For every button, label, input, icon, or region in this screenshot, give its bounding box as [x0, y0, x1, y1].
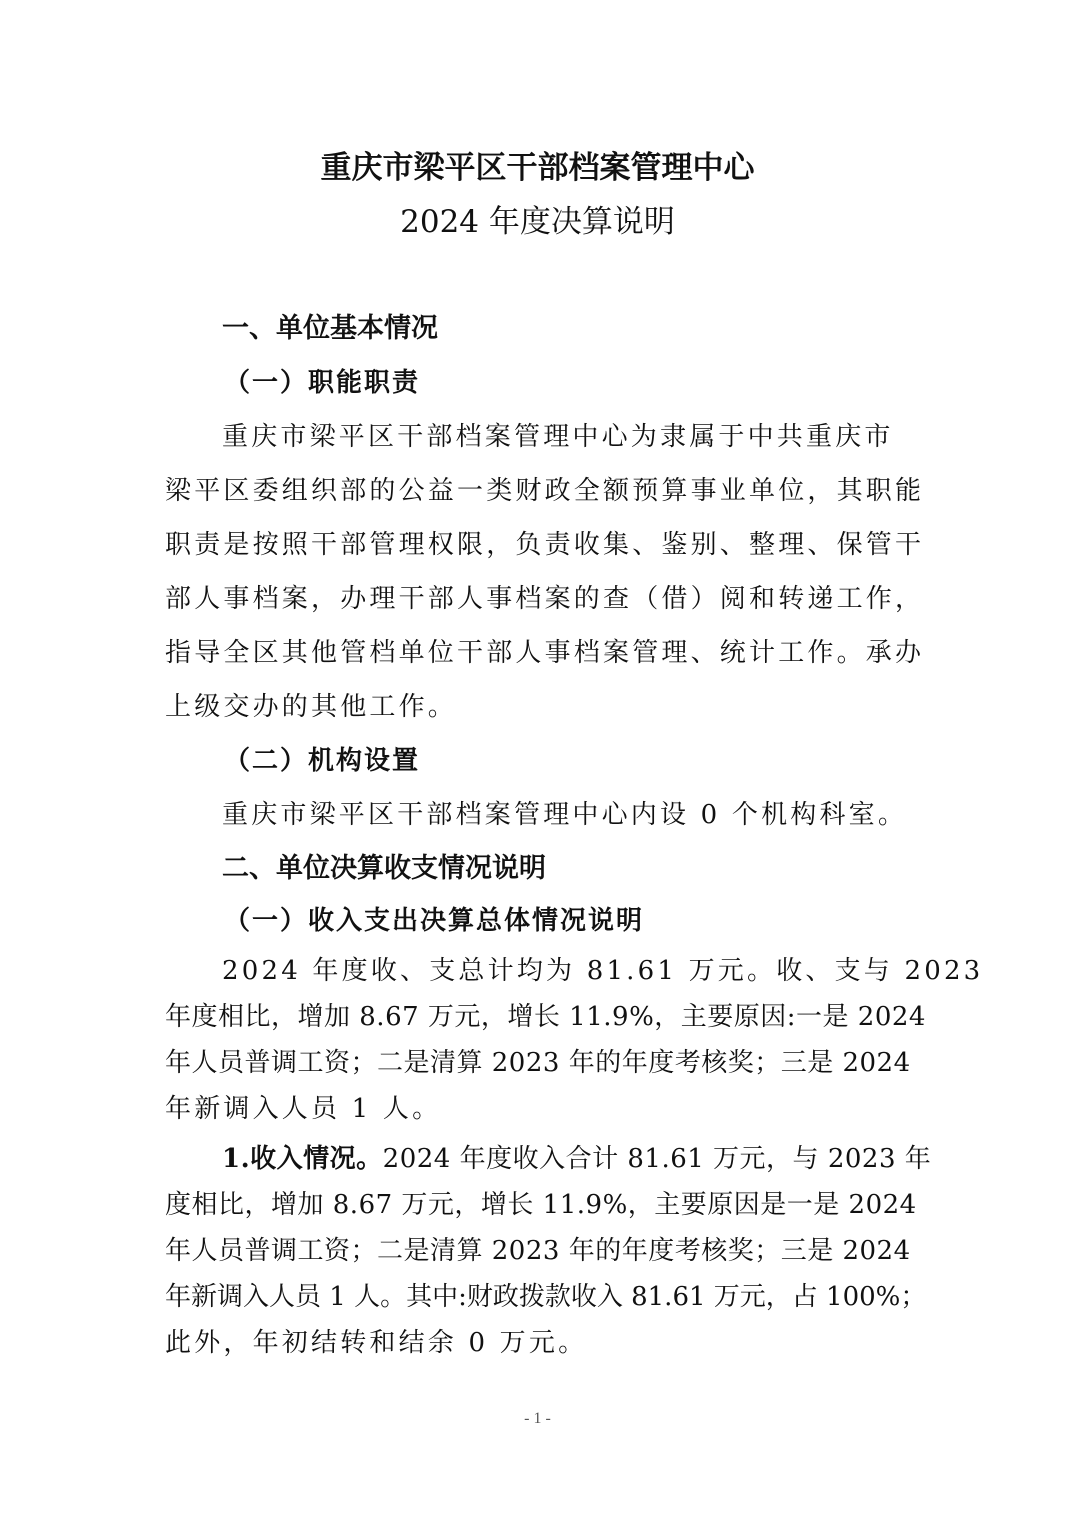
paragraph-line-income: 1.收入情况。2024 年度收入合计 81.61 万元，与 2023 年: [222, 1138, 912, 1175]
paragraph-line: 年新调入人员 1 人。其中:财政拨款收入 81.61 万元，占 100%；: [165, 1276, 913, 1313]
paragraph-line: 年度相比，增加 8.67 万元，增长 11.9%，主要原因:一是 2024: [165, 996, 913, 1033]
section-heading-budget: 二、单位决算收支情况说明: [222, 846, 546, 885]
paragraph-line: 指导全区其他管档单位干部人事档案管理、统计工作。承办: [165, 632, 913, 669]
paragraph-line: 度相比，增加 8.67 万元，增长 11.9%，主要原因是一是 2024: [165, 1184, 913, 1221]
paragraph-line: 梁平区委组织部的公益一类财政全额预算事业单位，其职能: [165, 470, 913, 507]
income-label: 1.收入情况。: [222, 1144, 383, 1174]
subsection-heading-structure: （二）机构设置: [224, 740, 420, 777]
document-page: 重庆市梁平区干部档案管理中心 2024 年度决算说明 一、单位基本情况 （一）职…: [0, 0, 1075, 1520]
paragraph-line: 此外，年初结转和结余 0 万元。: [165, 1322, 913, 1359]
income-text: 2024 年度收入合计 81.61 万元，与 2023 年: [383, 1144, 932, 1174]
subsection-heading-functions: （一）职能职责: [224, 362, 420, 399]
document-subtitle: 2024 年度决算说明: [0, 196, 1075, 241]
paragraph-line: 2024 年度收、支总计均为 81.61 万元。收、支与 2023: [222, 950, 912, 987]
paragraph-line: 年人员普调工资；二是清算 2023 年的年度考核奖；三是 2024: [165, 1230, 913, 1267]
paragraph-line: 职责是按照干部管理权限，负责收集、鉴别、整理、保管干: [165, 524, 913, 561]
paragraph-line: 重庆市梁平区干部档案管理中心内设 0 个机构科室。: [222, 794, 912, 831]
section-heading-basic-info: 一、单位基本情况: [222, 306, 438, 345]
document-title: 重庆市梁平区干部档案管理中心: [0, 142, 1075, 187]
paragraph-line: 年人员普调工资；二是清算 2023 年的年度考核奖；三是 2024: [165, 1042, 913, 1079]
page-number: - 1 -: [0, 1410, 1075, 1428]
subsection-heading-overall: （一）收入支出决算总体情况说明: [224, 900, 644, 937]
paragraph-line: 重庆市梁平区干部档案管理中心为隶属于中共重庆市: [222, 416, 912, 453]
paragraph-line: 上级交办的其他工作。: [165, 686, 913, 723]
paragraph-line: 部人事档案，办理干部人事档案的查（借）阅和转递工作，: [165, 578, 913, 615]
paragraph-line: 年新调入人员 1 人。: [165, 1088, 913, 1125]
